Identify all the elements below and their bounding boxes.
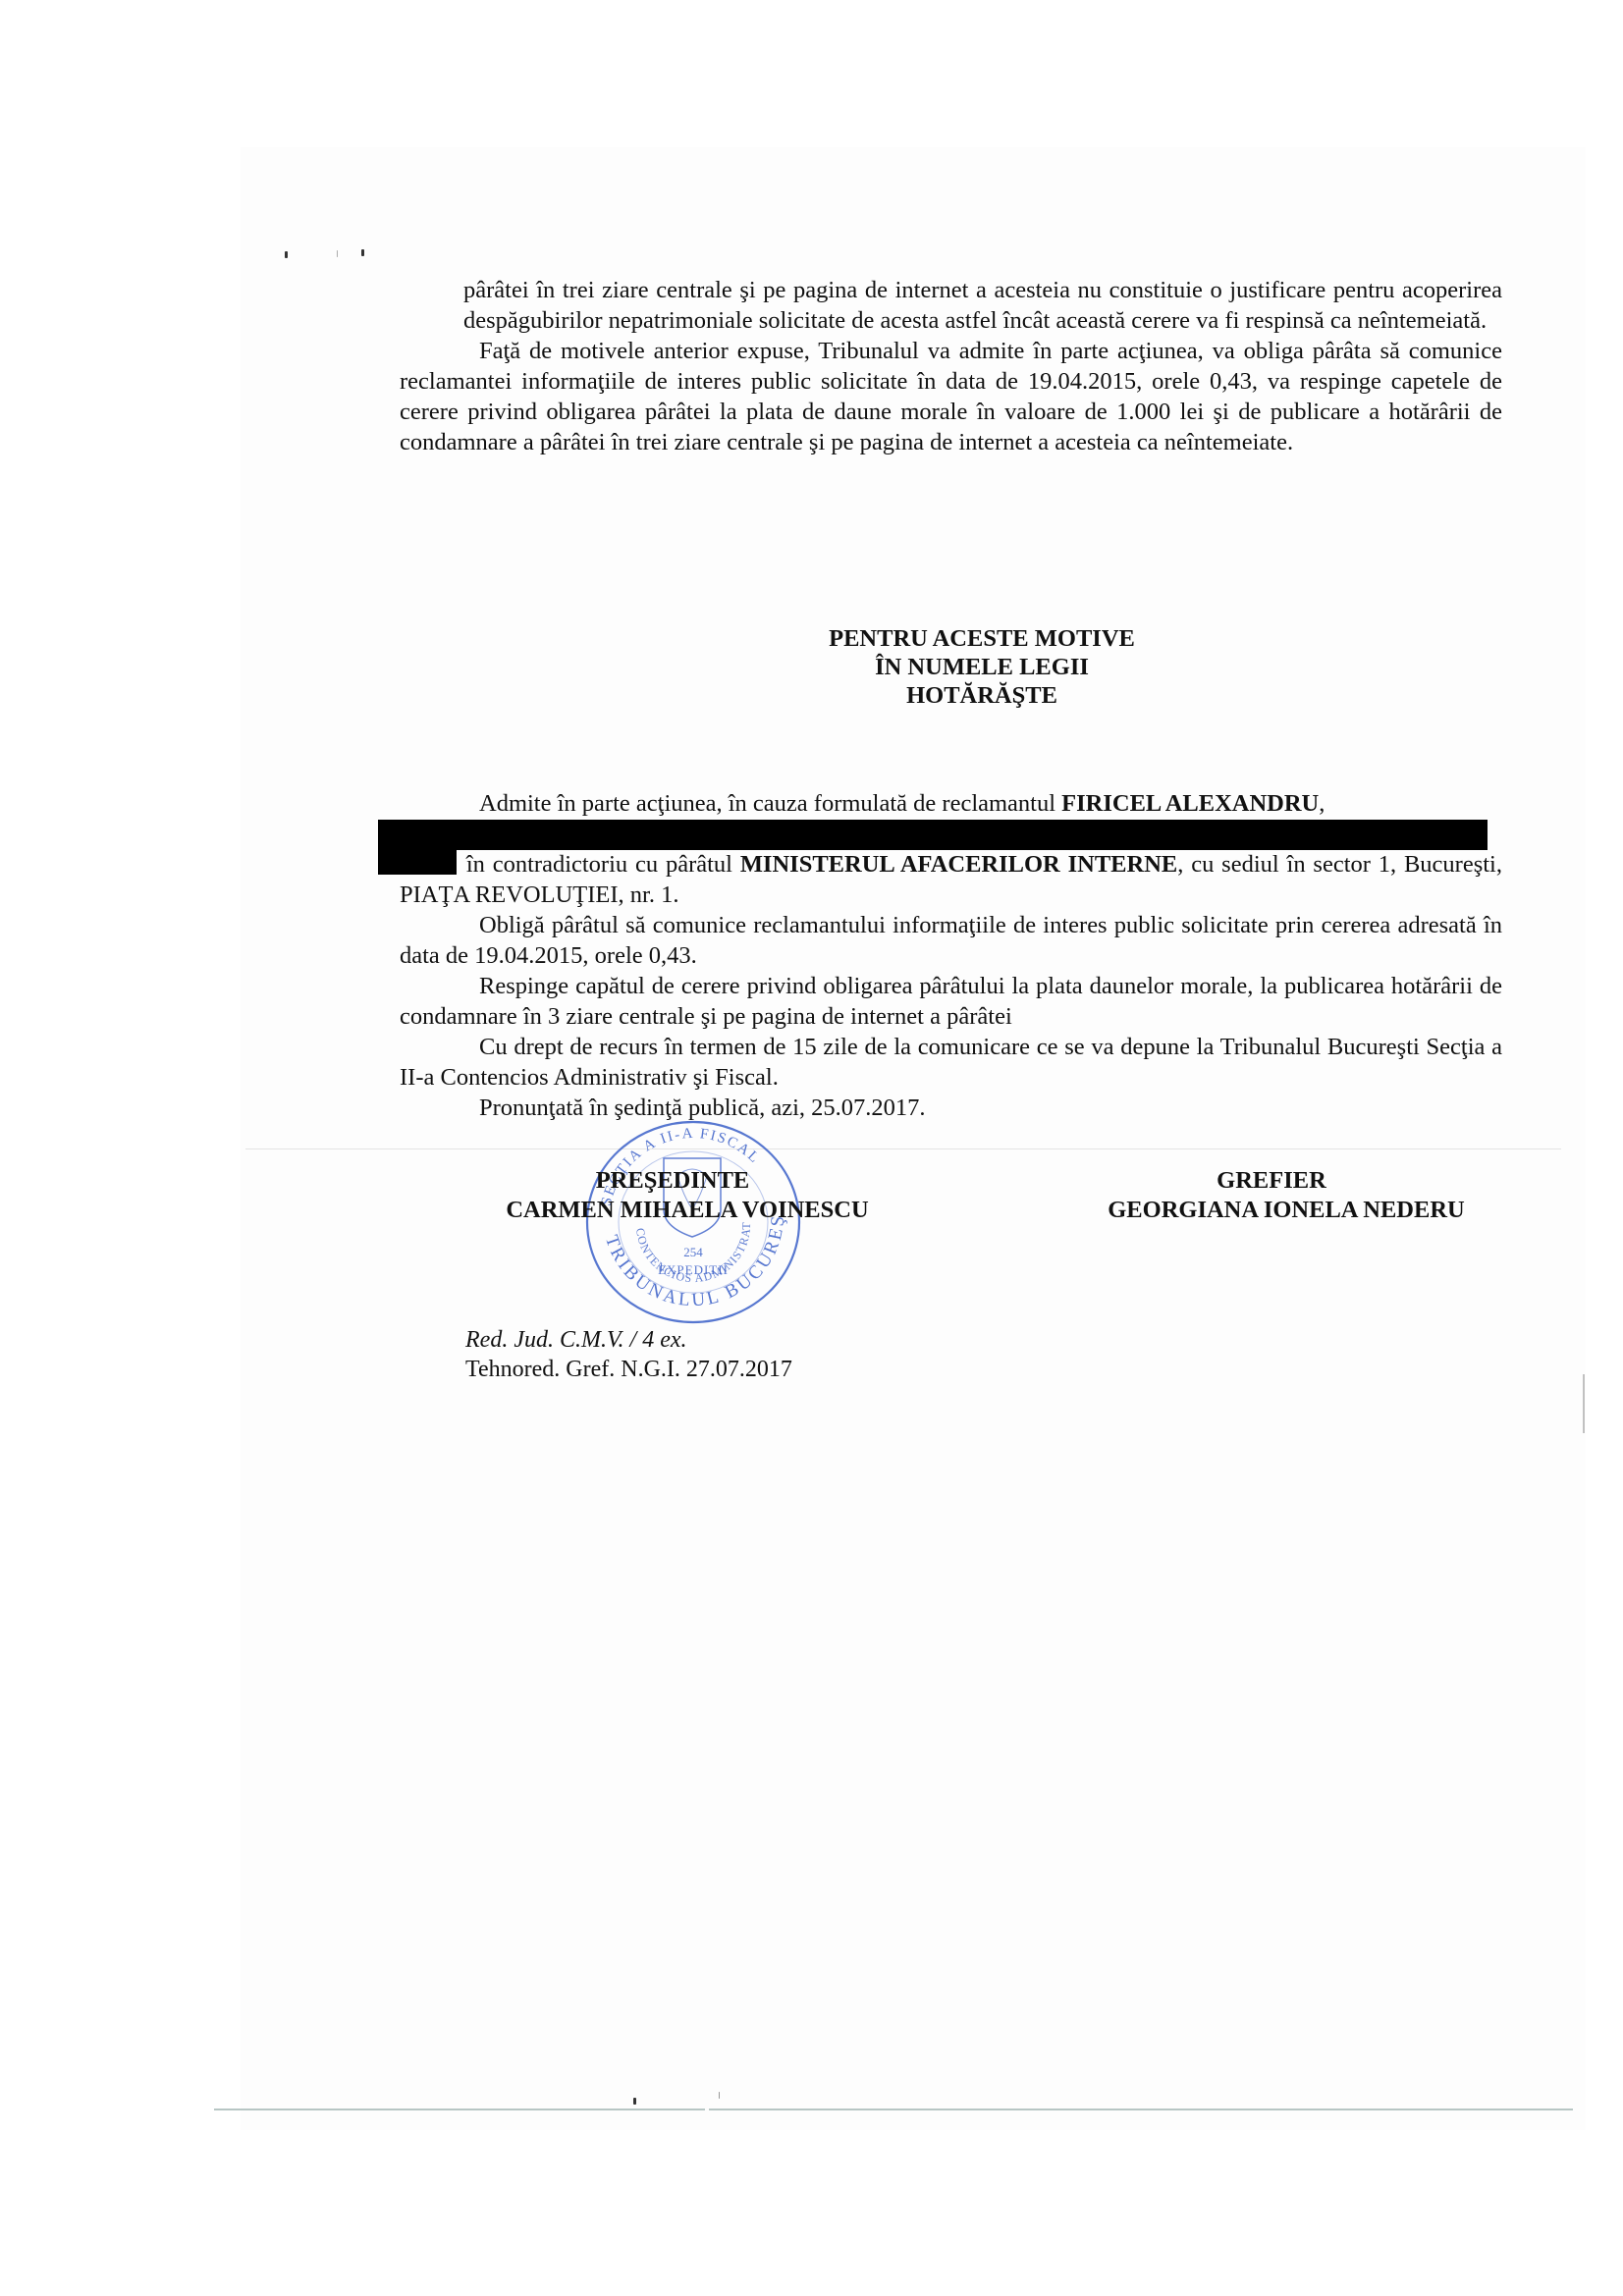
contradictory-intro: în contradictoriu cu pârâtul — [459, 851, 740, 878]
clerk-name: GEORGIANA IONELA NEDERU — [1070, 1196, 1502, 1225]
appeal-paragraph: Cu drept de recurs în termen de 15 zile … — [400, 1032, 1502, 1093]
pronounced-paragraph: Pronunţată în şedinţă publică, azi, 25.0… — [400, 1093, 1502, 1123]
conclusion-paragraph: Faţă de motivele anterior expuse, Tribun… — [400, 336, 1502, 457]
scan-speck — [285, 251, 288, 258]
scan-speck — [633, 2098, 636, 2105]
scan-speck — [361, 249, 364, 256]
drafting-notes: Red. Jud. C.M.V. / 4 ex. Tehnored. Gref.… — [465, 1325, 792, 1384]
heading-line-1: PENTRU ACESTE MOTIVE — [687, 624, 1276, 653]
president-name: CARMEN MIHAELA VOINESCU — [461, 1196, 913, 1225]
president-title: PREŞEDINTE — [461, 1166, 913, 1196]
typist-note: Tehnored. Gref. N.G.I. 27.07.2017 — [465, 1355, 792, 1384]
admit-intro: Admite în parte acţiunea, în cauza formu… — [479, 790, 1061, 817]
scan-speck — [337, 250, 338, 257]
scan-edge-mark — [1583, 1374, 1585, 1433]
judgment-reasoning: pârâtei în trei ziare centrale şi pe pag… — [400, 275, 1502, 457]
redactor-note: Red. Jud. C.M.V. / 4 ex. — [465, 1325, 792, 1355]
plaintiff-name: FIRICEL ALEXANDRU — [1061, 790, 1319, 817]
svg-text:254: 254 — [683, 1245, 703, 1259]
continuation-paragraph: pârâtei în trei ziare centrale şi pe pag… — [400, 275, 1502, 336]
operative-heading: PENTRU ACESTE MOTIVE ÎN NUMELE LEGII HOT… — [687, 624, 1276, 710]
clerk-signature: GREFIER GEORGIANA IONELA NEDERU — [1070, 1166, 1502, 1225]
president-signature: PREŞEDINTE CARMEN MIHAELA VOINESCU — [461, 1166, 913, 1225]
heading-line-3: HOTĂRĂŞTE — [687, 681, 1276, 710]
scan-bottom-line — [709, 2109, 1573, 2110]
clerk-title: GREFIER — [1070, 1166, 1502, 1196]
defendant-name: MINISTERUL AFACERILOR INTERNE — [740, 851, 1177, 878]
scan-bottom-line — [214, 2109, 705, 2110]
scan-speck — [719, 2092, 720, 2099]
svg-text:EXPEDITII: EXPEDITII — [658, 1262, 729, 1277]
obligation-paragraph: Obligă pârâtul să comunice reclamantului… — [400, 910, 1502, 971]
defendant-line: în contradictoriu cu pârâtul MINISTERUL … — [400, 849, 1502, 910]
scan-artifact-line — [245, 1148, 1561, 1149]
rejection-paragraph: Respinge capătul de cerere privind oblig… — [400, 971, 1502, 1032]
admit-line: Admite în parte acţiunea, în cauza formu… — [400, 788, 1502, 819]
comma: , — [1319, 790, 1325, 817]
redaction-bar — [378, 820, 1488, 850]
redaction-bar-small — [378, 849, 457, 875]
heading-line-2: ÎN NUMELE LEGII — [687, 653, 1276, 681]
